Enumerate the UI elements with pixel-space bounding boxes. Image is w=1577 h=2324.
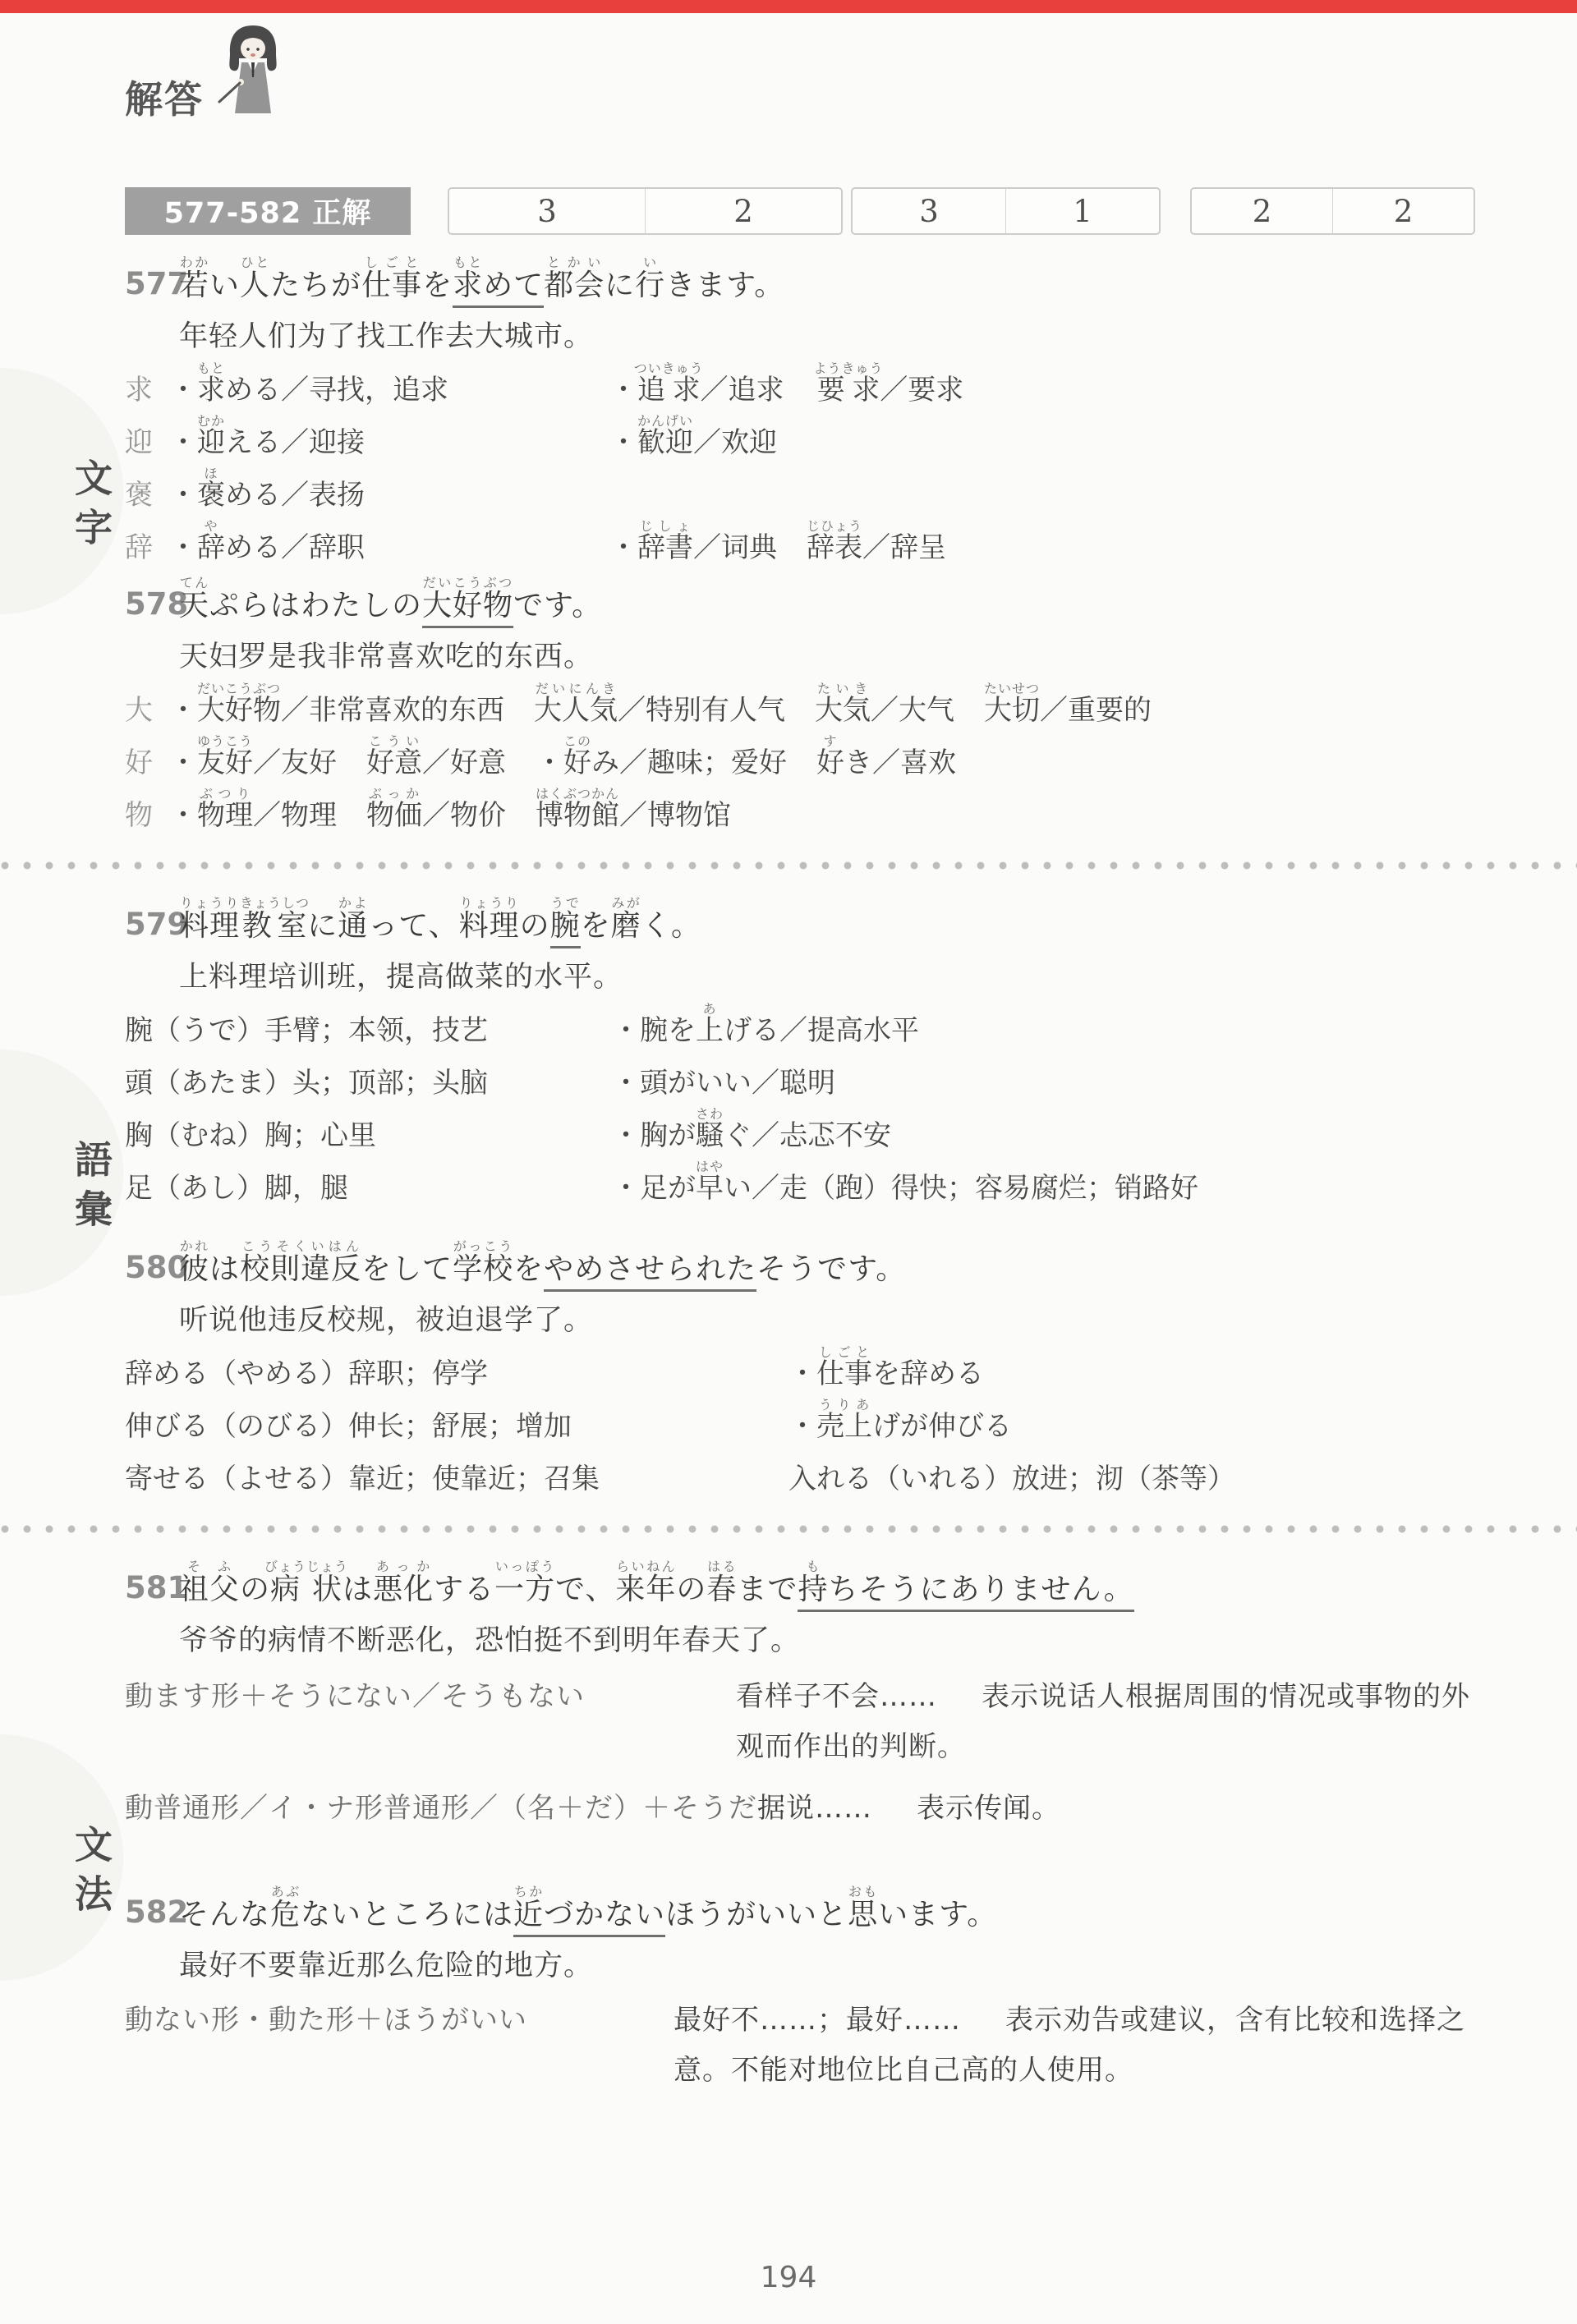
vocab-item: ・追求ついきゅう／追求 [609,361,784,407]
vocab-row: 辞 ・辞やめる／辞职 ・辞書じしょ／词典 辞表じひょう／辞呈 [125,512,1487,565]
vocab-item: ・仕事しごとを辞める [788,1344,984,1391]
vocab-item: ・腕を上あげる／提高水平 [612,1001,919,1048]
question-577: 577 若わかい人ひとたちが仕事しごとを求もとめて都会とかいに行いきます。 年轻… [125,255,1487,565]
chinese-translation: 天妇罗是我非常喜欢吃的东西。 [179,634,1487,675]
question-number: 581 [125,1570,179,1608]
grammar-note: 動普通形／イ・ナ形普通形／（名＋だ）＋そうだ 据说……表示传闻。 [125,1784,1487,1834]
grammar-pattern: 動ます形＋そうにない／そうもない [125,1672,736,1722]
answers-title: 解答 [125,80,204,118]
vocab-item: 好すき／喜欢 [816,733,956,780]
chinese-translation: 听说他违反校规，被迫退学了。 [179,1297,1487,1339]
vocab-item: ・求もとめる／寻找，追求 [169,361,580,407]
question-number: 582 [125,1895,179,1932]
vocab-item: ・物理ぶつり／物理 [169,786,337,833]
answer-group-1: 3 2 [448,187,843,235]
teacher-girl-icon [212,21,294,118]
grammar-description: 表示传闻。 [917,1792,1060,1825]
answer-581: 2 [1192,189,1332,233]
vocab-item: ・売上うりあげが伸びる [788,1397,1012,1444]
question-sentence-line: 579 料理りょうり教室きょうしつに通かよって、料理りょうりの腕うでを磨みがく。 [125,895,1487,944]
page-content: 解答 577-582 正解 3 2 3 1 [0,25,1577,2096]
grammar-explanation: 最好不……；最好……表示劝告或建议，含有比较和选择之意。不能对地位比自己高的人使… [674,1996,1487,2096]
japanese-sentence: そんな危あぶないところには近ちかづかないほうがいいと思おもいます。 [179,1884,997,1933]
vocab-row: 求 ・求もとめる／寻找，追求 ・追求ついきゅう／追求 要求ようきゅう／要求 [125,355,1487,407]
vocab-item: 寄せる（よせる）靠近；使靠近；召集 [125,1463,759,1496]
answer-579: 3 [853,189,1005,233]
vocab-item: 博物館はくぶつかん／博物馆 [536,786,731,833]
kanji-key: 辞 [125,531,169,565]
vocab-row: 腕（うで）手臂；本领，技艺 ・腕を上あげる／提高水平 [125,995,1487,1048]
kanji-key: 迎 [125,426,169,460]
vocab-item: ・足が早はやい／走（跑）得快；容易腐烂；销路好 [612,1159,1198,1206]
question-580: 580 彼かれは校則違反こうそくいはんをして学校がっこうをやめさせられたそうです… [125,1238,1487,1496]
vocab-item: ・褒ほめる／表扬 [169,466,580,512]
question-sentence-line: 578 天てんぷらはわたしの大好物だいこうぶつです。 [125,575,1487,624]
grammar-gloss: 最好不……；最好…… [674,2004,961,2037]
question-581: 581 祖父そふの病状びょうじょうは悪化あっかする一方いっぽうで、来年らいねんの… [125,1559,1487,1835]
answer-582: 2 [1332,189,1474,233]
grammar-gloss: 据说…… [757,1792,872,1825]
vocab-item: 大切たいせつ／重要的 [984,681,1152,728]
chinese-translation: 上料理培训班，提高做菜的水平。 [179,954,1487,995]
question-number: 577 [125,266,179,304]
japanese-sentence: 天てんぷらはわたしの大好物だいこうぶつです。 [179,575,602,624]
dotted-separator [0,861,1577,870]
question-number: 580 [125,1250,179,1288]
vocab-item: ・友好ゆうこう／友好 [169,733,337,780]
teacher-illustration [212,21,294,122]
question-number: 578 [125,586,179,624]
vocab-row: 大 ・大好物だいこうぶつ／非常喜欢的东西 大人気だいにんき／特别有人气 大気たい… [125,675,1487,728]
kanji-key: 褒 [125,479,169,512]
grammar-explanation: 看样子不会……表示说话人根据周围的情况或事物的外观而作出的判断。 [736,1672,1487,1772]
vocab-row: 褒 ・褒ほめる／表扬 [125,460,1487,512]
answer-key-bar: 577-582 正解 3 2 3 1 2 2 [125,187,1487,235]
vocab-row: 頭（あたま）头；顶部；头脑 ・頭がいい／聪明 [125,1048,1487,1100]
question-sentence-line: 577 若わかい人ひとたちが仕事しごとを求もとめて都会とかいに行いきます。 [125,255,1487,304]
vocab-item: ・胸が騒さわぐ／忐忑不安 [612,1106,891,1153]
page-number: 194 [0,2261,1577,2294]
vocab-item: 物価ぶっか／物价 [366,786,506,833]
answer-580: 1 [1005,189,1159,233]
vocab-row: 辞める（やめる）辞职；停学 ・仕事しごとを辞める [125,1339,1487,1391]
vocab-item: 大気たいき／大气 [815,681,954,728]
answer-577: 3 [449,189,645,233]
vocab-item: 要求ようきゅう／要求 [814,361,964,407]
vocab-item: 辞める（やめる）辞职；停学 [125,1357,759,1391]
question-number: 579 [125,907,179,944]
vocab-item: ・辞やめる／辞职 [169,518,580,565]
vocab-item: ・頭がいい／聪明 [612,1067,835,1100]
grammar-explanation: 据说……表示传闻。 [757,1784,1060,1834]
vocab-item: 辞表じひょう／辞呈 [807,518,946,565]
grammar-note: 動ます形＋そうにない／そうもない 看样子不会……表示说话人根据周围的情况或事物的… [125,1672,1487,1772]
kanji-key: 求 [125,374,169,407]
vocab-item: 入れる（いれる）放进；沏（茶等） [788,1463,1235,1496]
vocab-item: 大人気だいにんき／特别有人气 [534,681,785,728]
kanji-key: 物 [125,799,169,833]
vocab-item: ・大好物だいこうぶつ／非常喜欢的东西 [169,681,504,728]
vocab-row: 物 ・物理ぶつり／物理 物価ぶっか／物价 博物館はくぶつかん／博物馆 [125,780,1487,833]
vocab-item: ・迎むかえる／迎接 [169,413,580,460]
vocab-item: 好意こうい／好意 [366,733,506,780]
question-582: 582 そんな危あぶないところには近ちかづかないほうがいいと思おもいます。 最好… [125,1884,1487,2096]
kanji-key: 大 [125,694,169,728]
answers-header: 解答 [125,25,1487,122]
question-sentence-line: 582 そんな危あぶないところには近ちかづかないほうがいいと思おもいます。 [125,1884,1487,1933]
vocab-item: 足（あし）脚，腿 [125,1172,582,1206]
vocab-item: 伸びる（のびる）伸长；舒展；增加 [125,1410,759,1444]
grammar-gloss: 看样子不会…… [736,1680,937,1713]
question-sentence-line: 581 祖父そふの病状びょうじょうは悪化あっかする一方いっぽうで、来年らいねんの… [125,1559,1487,1608]
vocab-row: 足（あし）脚，腿 ・足が早はやい／走（跑）得快；容易腐烂；销路好 [125,1153,1487,1206]
japanese-sentence: 祖父そふの病状びょうじょうは悪化あっかする一方いっぽうで、来年らいねんの春はるま… [179,1559,1134,1608]
grammar-pattern: 動普通形／イ・ナ形普通形／（名＋だ）＋そうだ [125,1784,757,1834]
vocab-row: 寄せる（よせる）靠近；使靠近；召集 入れる（いれる）放进；沏（茶等） [125,1444,1487,1496]
vocab-item: ・辞書じしょ／词典 [609,518,777,565]
question-579: 579 料理りょうり教室きょうしつに通かよって、料理りょうりの腕うでを磨みがく。… [125,895,1487,1206]
vocab-item: 頭（あたま）头；顶部；头脑 [125,1067,582,1100]
vocab-item: 胸（むね）胸；心里 [125,1119,582,1153]
answer-range-label: 577-582 正解 [125,187,411,235]
vocab-item: 腕（うで）手臂；本领，技艺 [125,1014,582,1048]
vocab-item: ・好このみ／趣味；爱好 [536,733,787,780]
chinese-translation: 年轻人们为了找工作去大城市。 [179,314,1487,355]
vocab-row: 好 ・友好ゆうこう／友好 好意こうい／好意 ・好このみ／趣味；爱好 好すき／喜欢 [125,728,1487,780]
answer-group-2: 3 1 [851,187,1161,235]
answer-578: 2 [645,189,841,233]
grammar-note: 動ない形・動た形＋ほうがいい 最好不……；最好……表示劝告或建议，含有比较和选择… [125,1996,1487,2096]
japanese-sentence: 彼かれは校則違反こうそくいはんをして学校がっこうをやめさせられたそうです。 [179,1238,906,1288]
chinese-translation: 爷爷的病情不断恶化，恐怕挺不到明年春天了。 [179,1618,1487,1659]
answer-group-3: 2 2 [1190,187,1475,235]
vocab-row: 迎 ・迎むかえる／迎接 ・歓迎かんげい／欢迎 [125,407,1487,460]
kanji-key: 好 [125,746,169,780]
question-578: 578 天てんぷらはわたしの大好物だいこうぶつです。 天妇罗是我非常喜欢吃的东西… [125,575,1487,833]
japanese-sentence: 若わかい人ひとたちが仕事しごとを求もとめて都会とかいに行いきます。 [179,255,784,304]
chinese-translation: 最好不要靠近那么危险的地方。 [179,1943,1487,1984]
accent-top-bar [0,0,1577,13]
question-sentence-line: 580 彼かれは校則違反こうそくいはんをして学校がっこうをやめさせられたそうです… [125,1238,1487,1288]
vocab-item: ・歓迎かんげい／欢迎 [609,413,777,460]
vocab-row: 伸びる（のびる）伸长；舒展；增加 ・売上うりあげが伸びる [125,1391,1487,1444]
japanese-sentence: 料理りょうり教室きょうしつに通かよって、料理りょうりの腕うでを磨みがく。 [179,895,701,944]
grammar-pattern: 動ない形・動た形＋ほうがいい [125,1996,674,2046]
dotted-separator [0,1524,1577,1534]
vocab-row: 胸（むね）胸；心里 ・胸が騒さわぐ／忐忑不安 [125,1100,1487,1153]
